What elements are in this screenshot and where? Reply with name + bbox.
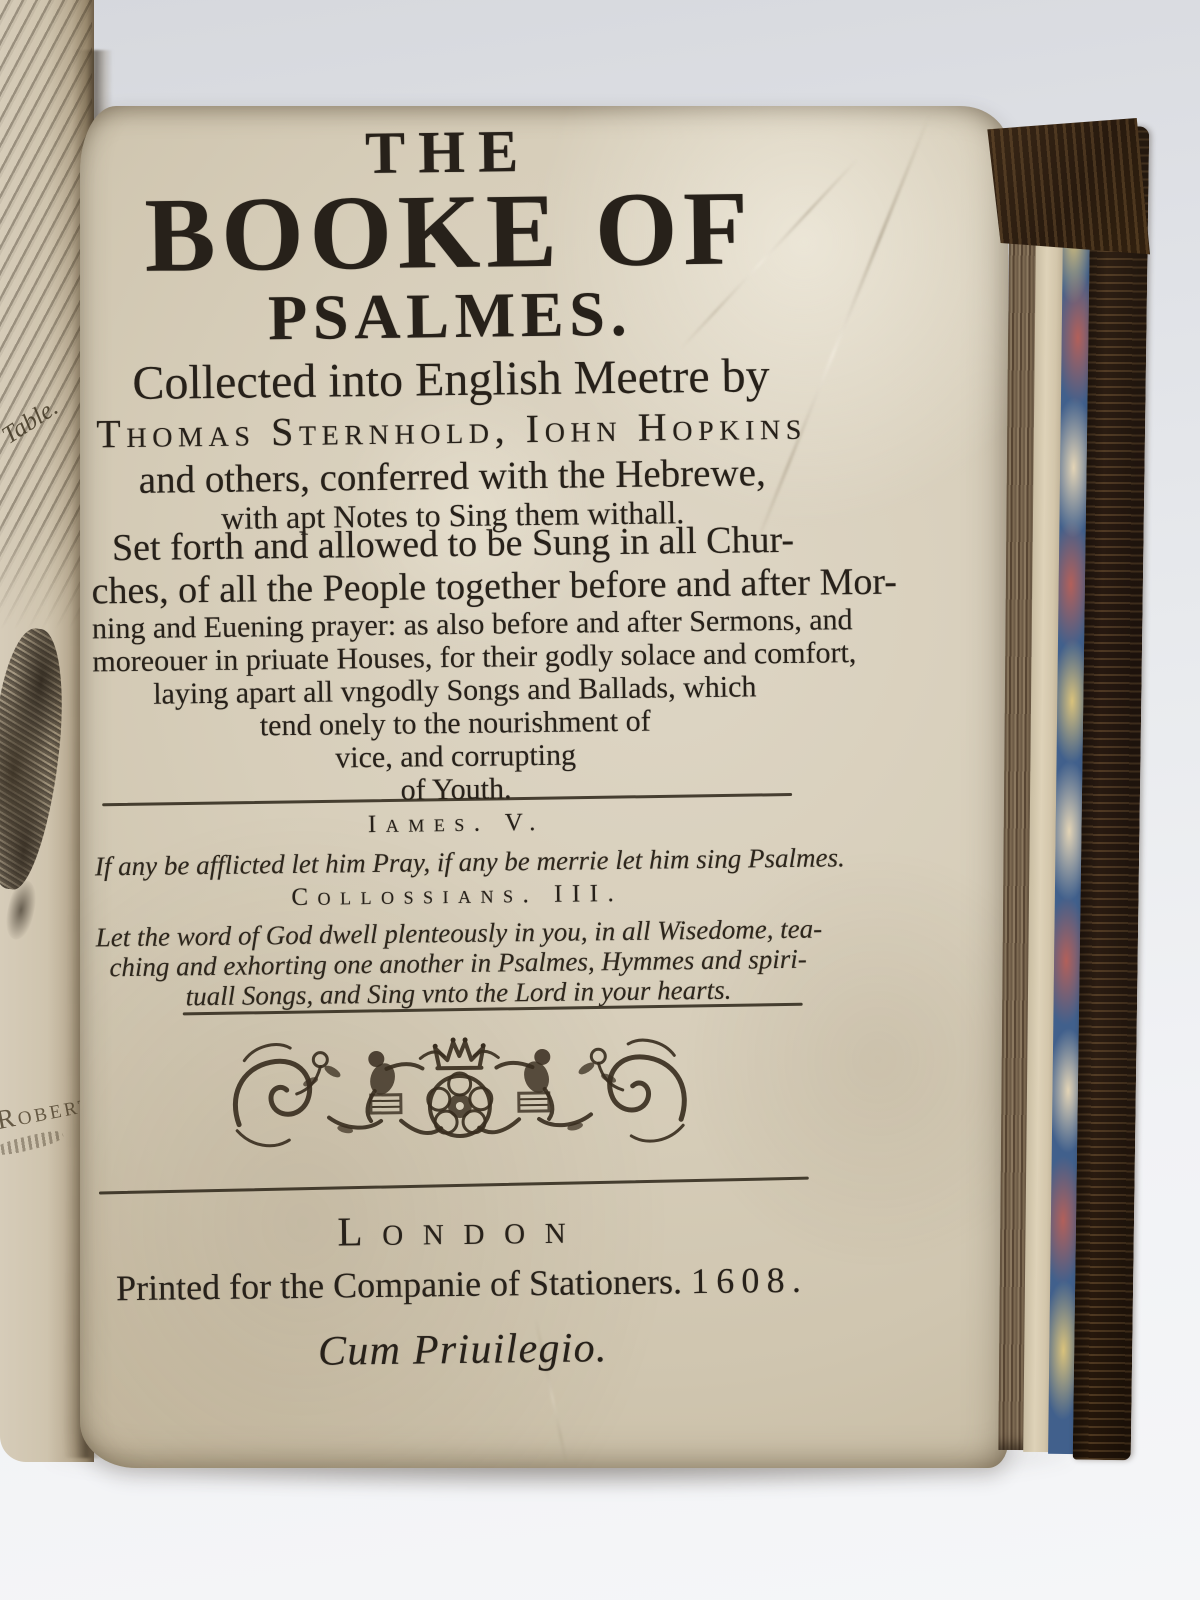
crowned-rose-icon: [427, 1037, 492, 1136]
james-section: Iames. V. If any be afflicted let him Pr…: [94, 806, 819, 882]
james-quote: If any be afflicted let him Pray, if any…: [95, 843, 819, 882]
allowance-paragraph: Set forth and allowed to be Sung in all …: [91, 519, 818, 811]
book-photo-scene: Table. Robert THE BOOKE OF PSALMES. Coll…: [0, 0, 1200, 1600]
headpiece-ornament: [224, 1021, 696, 1163]
imprint-city: London: [99, 1202, 824, 1259]
james-heading: Iames. V.: [94, 806, 818, 843]
imprint-publisher: Printed for the Companie of Stationers.: [116, 1261, 682, 1308]
left-page-woodcut-ornament: [0, 625, 74, 893]
imprint-group: London Printed for the Companie of Stati…: [99, 1202, 825, 1379]
page-title-line2: BOOKE OF: [87, 178, 812, 288]
divider-rule-bottom: [99, 1177, 809, 1195]
text-column: THE BOOKE OF PSALMES. Collected into Eng…: [86, 102, 827, 1473]
authors-line: Thomas Sternhold, Iohn Hopkins: [89, 404, 813, 455]
subtitle-others: and others, conferred with the Hebrewe,: [90, 451, 814, 502]
imprint-line: Printed for the Companie of Stationers. …: [100, 1259, 824, 1310]
headpiece-ornament-wrap: [97, 1020, 823, 1169]
title-group: THE BOOKE OF PSALMES. Collected into Eng…: [86, 118, 815, 538]
colossians-section: Collossians. III. Let the word of God dw…: [95, 878, 820, 1014]
colossians-heading: Collossians. III.: [95, 878, 819, 915]
privilege-line: Cum Priuilegio.: [101, 1322, 826, 1379]
title-page: THE BOOKE OF PSALMES. Collected into Eng…: [80, 106, 1008, 1468]
imprint-year: 1608.: [691, 1260, 808, 1301]
leather-cover-corner: [984, 118, 1150, 260]
